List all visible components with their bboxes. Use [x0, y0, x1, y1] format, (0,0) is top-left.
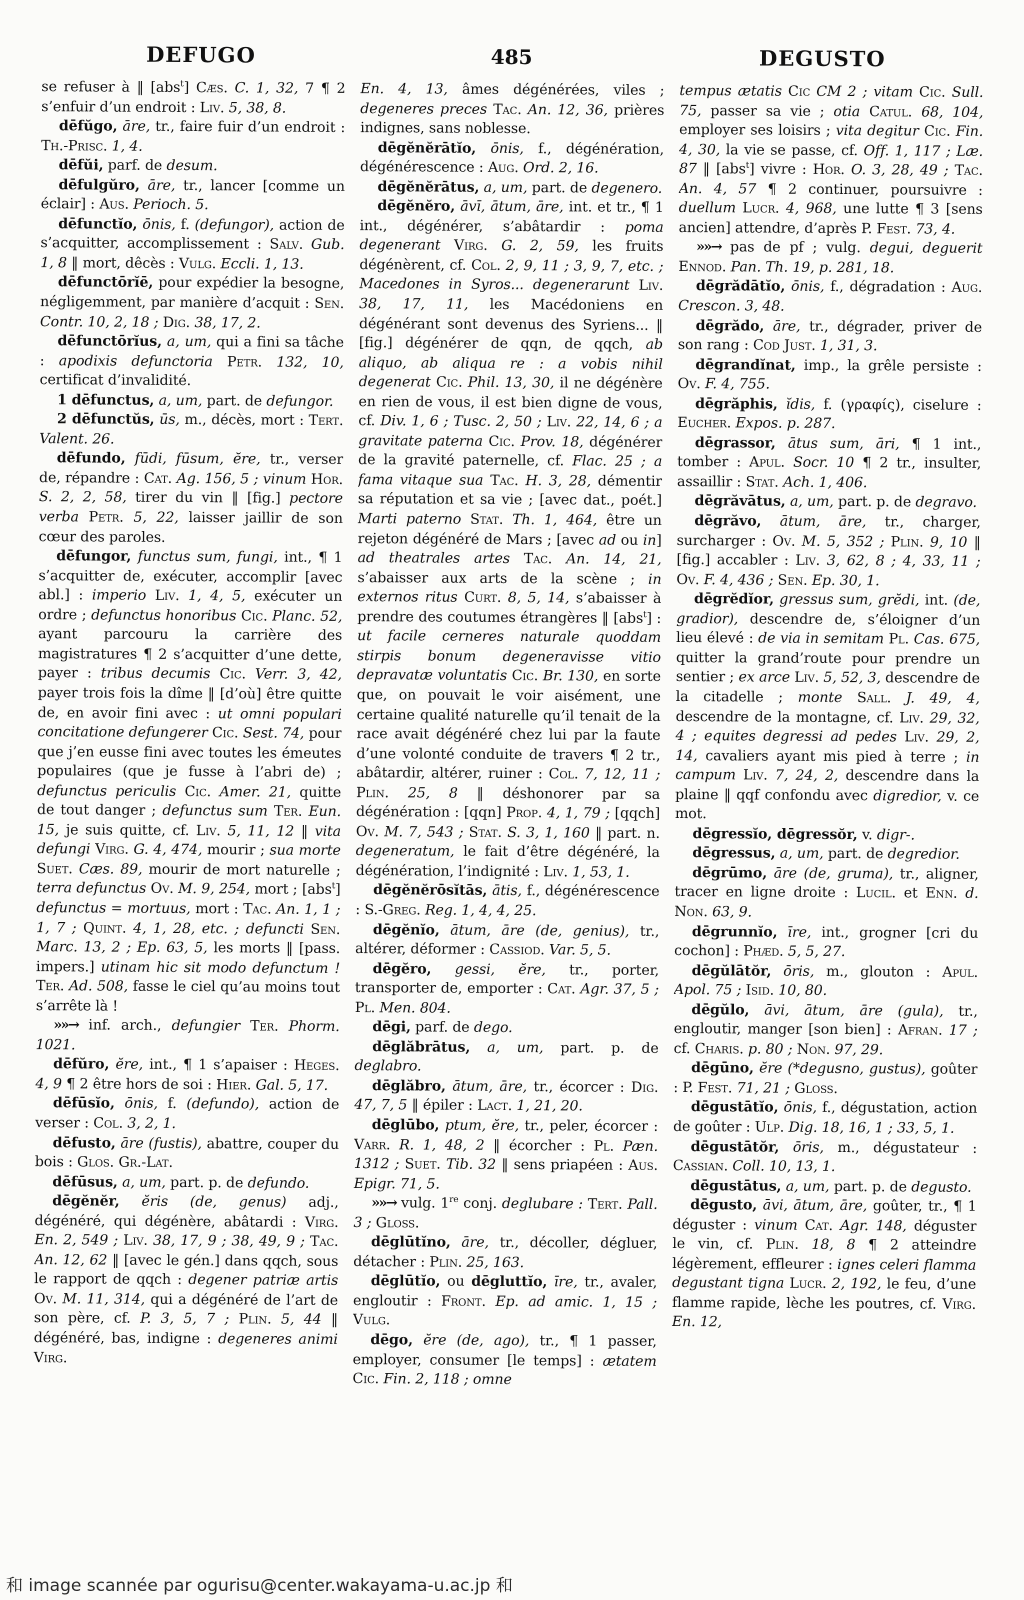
entry-paragraph: dēgustātŏr, ōris, m., dégustateur : Cass… [673, 1138, 977, 1179]
entry-paragraph: dēgĕnĕr, ĕris (de, genus) adj., dégénéré… [34, 1192, 339, 1370]
entry-paragraph: dēgĕnĕrōsĭtās, ātis, f., dégénérescence … [355, 881, 659, 922]
entry-paragraph: dēfundo, fūdi, fūsum, ĕre, tr., verser d… [39, 450, 344, 550]
entry-paragraph: dēgrăphis, ĭdis, f. (γραφίς), ciselure :… [677, 395, 981, 436]
entry-paragraph: se refuser à ‖ [abst] Cæs. C. 1, 32, 7 ¶… [41, 78, 345, 119]
entry-paragraph: dēgĕnĭo, ātum, āre (de, genius), tr., al… [355, 921, 659, 962]
entry-paragraph: dēfūsus, a, um, part. p. de defundo. [35, 1173, 339, 1194]
scanned-page-content: DEFUGO 485 DEGUSTO se refuser à ‖ [abst]… [0, 0, 1024, 1546]
entry-paragraph: dēgo, ĕre (de, ago), tr., ¶ 1 passer, em… [353, 1331, 657, 1391]
entry-paragraph: dēglūtĭno, āre, tr., décoller, dégluer, … [353, 1233, 657, 1274]
entry-paragraph: dēgĕnĕrātĭo, ōnis, f., dégénération, dég… [360, 139, 664, 180]
entry-paragraph: dēglūbo, ptum, ĕre, tr., peler, écorcer … [354, 1116, 658, 1196]
scan-caption: 和 image scannée par ogurisu@center.wakay… [6, 1576, 513, 1596]
header-right-word: DEGUSTO [667, 45, 978, 72]
entry-paragraph: dēglăbrātus, a, um, part. p. de deglabro… [354, 1038, 658, 1079]
entry-paragraph: dēglăbro, ātum, āre, tr., écorcer : Dig.… [354, 1077, 658, 1118]
entry-paragraph: 1 dēfunctus, a, um, part. de defungor. [39, 391, 343, 412]
entry-paragraph: dēfŭgo, āre, tr., faire fuir d’un endroi… [41, 117, 345, 158]
column-3: tempus ætatis Cic CM 2 ; vitam Cic. Sull… [671, 82, 984, 1546]
entry-paragraph: dēgūno, ĕre (*degusno, gustus), goûter :… [673, 1059, 977, 1100]
entry-paragraph: dēgĕnĕro, āvī, ātum, āre, int. et tr., ¶… [356, 197, 664, 883]
entry-paragraph: »»→ inf. arch., defungier Ter. Phorm. 10… [36, 1016, 340, 1057]
entry-paragraph: dēgrădātĭo, ōnis, f., dégradation : Aug.… [678, 277, 982, 318]
entry-paragraph: dēgressus, a, um, part. de degredior. [675, 844, 979, 865]
entry-paragraph: »»→ vulg. 1re conj. deglubare : Tert. Pa… [353, 1194, 657, 1235]
entry-paragraph: dēfungor, functus sum, fungi, int., ¶ 1 … [36, 547, 343, 1018]
entry-paragraph: dēgĕnĕrātus, a, um, part. de degenero. [360, 178, 664, 199]
entry-paragraph: dēgrădo, āre, tr., dégrader, priver de s… [678, 317, 982, 358]
entry-paragraph: »»→ pas de pf ; vulg. degui, deguerit En… [678, 238, 982, 279]
entry-paragraph: dēfunctōrĭē, pour expédier la besogne, n… [40, 274, 344, 334]
entry-paragraph: dēgrăvātus, a, um, part. p. de degravo. [677, 493, 981, 514]
entry-paragraph: dēgrăvo, ātum, āre, tr., charger, surcha… [676, 512, 980, 592]
entry-paragraph: dēgrĕdĭor, gressus sum, grĕdi, int. (de,… [675, 590, 980, 826]
column-2: En. 4, 13, âmes dégénérées, viles ; dege… [352, 80, 665, 1544]
entry-paragraph: 2 dēfunctŭs, ūs, m., décès, mort : Tert.… [39, 410, 343, 451]
entry-paragraph: dēgrunnĭo, īre, int., grogner [cri du co… [674, 923, 978, 964]
header-left-word: DEFUGO [46, 41, 357, 68]
entry-paragraph: dēfŭro, ĕre, int., ¶ 1 s’apaiser : Heges… [35, 1055, 339, 1096]
entry-paragraph: dēgustātĭo, ōnis, f., dégustation, actio… [673, 1098, 977, 1139]
entry-paragraph: dēgressĭo, dēgressŏr, v. digr-. [675, 825, 979, 846]
entry-paragraph: dēgustātus, a, um, part. p. de degusto. [673, 1177, 977, 1198]
entry-paragraph: En. 4, 13, âmes dégénérées, viles ; dege… [360, 80, 664, 140]
entry-paragraph: dēfūsĭo, ōnis, f. (defundo), action de v… [35, 1095, 339, 1136]
entry-paragraph: dēfunctĭo, ōnis, f. (defungor), action d… [40, 215, 344, 275]
entry-paragraph: dēgrandĭnat, imp., la grêle persiste : O… [678, 356, 982, 397]
entry-paragraph: dēgŭlo, āvi, ātum, āre (gula), tr., engl… [674, 1001, 978, 1061]
entry-paragraph: dēfunctōrĭus, a, um, qui a fini sa tâche… [40, 332, 344, 392]
entry-paragraph: dēgusto, āvi, ātum, āre, goûter, tr., ¶ … [672, 1196, 977, 1335]
entry-paragraph: dēfulgŭro, āre, tr., lancer [comme un éc… [41, 176, 345, 217]
entry-paragraph: dēgŭlātŏr, ōris, m., glouton : Apul. Apo… [674, 962, 978, 1003]
entry-paragraph: tempus ætatis Cic CM 2 ; vitam Cic. Sull… [679, 82, 984, 240]
entry-paragraph: dēglūtĭo, ou dēgluttĭo, īre, tr., avaler… [353, 1272, 657, 1332]
text-columns: se refuser à ‖ [abst] Cæs. C. 1, 32, 7 ¶… [0, 76, 1024, 1546]
entry-paragraph: dēgi, parf. de dego. [355, 1018, 659, 1039]
entry-paragraph: dēgrūmo, āre (de, gruma), tr., aligner, … [674, 864, 978, 924]
entry-paragraph: dēgĕro, gessi, ĕre, tr., porter, transpo… [355, 960, 659, 1020]
page-number: 485 [356, 44, 667, 70]
dictionary-page: DEFUGO 485 DEGUSTO se refuser à ‖ [abst]… [0, 0, 1024, 1600]
entry-paragraph: dēgrassor, ātus sum, āri, ¶ 1 int., tomb… [677, 434, 981, 494]
entry-paragraph: dēfusto, āre (fustis), abattre, couper d… [35, 1134, 339, 1175]
page-footer: 和 image scannée par ogurisu@center.wakay… [6, 1571, 513, 1596]
page-header: DEFUGO 485 DEGUSTO [0, 0, 1024, 82]
column-1: se refuser à ‖ [abst] Cæs. C. 1, 32, 7 ¶… [33, 78, 346, 1542]
entry-paragraph: dēfŭi, parf. de desum. [41, 156, 345, 177]
